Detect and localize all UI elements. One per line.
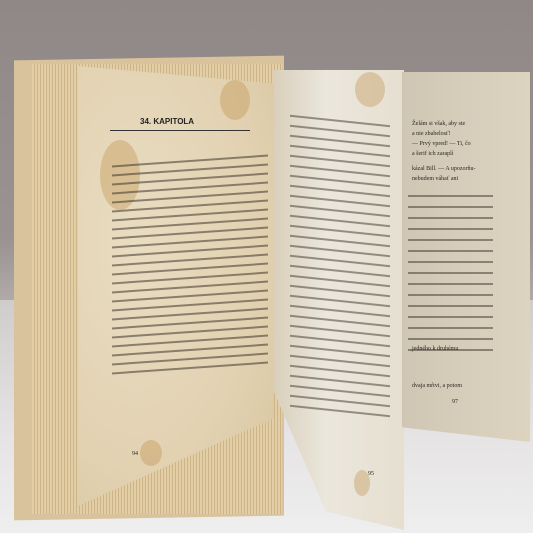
far-page-number: 97 <box>452 398 458 406</box>
stain <box>220 80 250 120</box>
right-page-number: 95 <box>368 470 374 478</box>
heading-rule <box>110 130 250 131</box>
far-line-6: nebudem váhať ani <box>412 175 458 183</box>
right-page-text-lines <box>290 120 390 420</box>
stain <box>140 440 162 466</box>
far-line-1: Želám si však, aby ste <box>412 120 465 128</box>
far-line-4: a šerif ich zaraplí <box>412 150 453 158</box>
left-page-number: 94 <box>132 450 138 458</box>
far-line-3: — Prvý vpred! — Ti, čo <box>412 140 471 148</box>
far-page-text-lines <box>408 195 493 360</box>
far-line-5: kázal Bill. — A upozorňu- <box>412 165 476 173</box>
far-line-7: jedného k druhému <box>412 345 458 353</box>
chapter-heading: 34. KAPITOLA <box>140 117 194 126</box>
far-line-2: a nie zbabelosť! <box>412 130 451 138</box>
stain <box>355 72 385 107</box>
left-page-text-lines <box>112 160 268 376</box>
far-line-8: dvaja mŕtvi, a potom <box>412 382 462 390</box>
